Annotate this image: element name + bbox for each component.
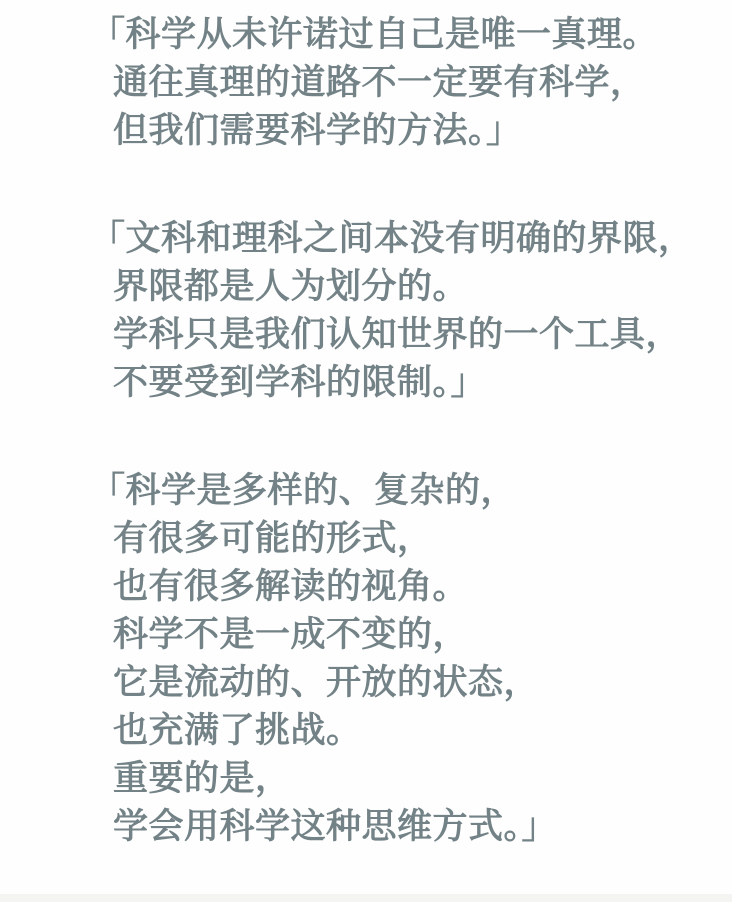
quote-line: 学会用科学这种思维方式。」 xyxy=(113,803,712,851)
quotes-page: 「科学从未许诺过自己是唯一真理。 通往真理的道路不一定要有科学， 但我们需要科学… xyxy=(0,0,732,894)
quote-block-3: 「科学是多样的、复杂的， 有很多可能的形式， 也有很多解读的视角。 科学不是一成… xyxy=(113,467,712,851)
page-bottom-edge xyxy=(0,894,732,902)
quote-line: 但我们需要科学的方法。」 xyxy=(113,107,712,155)
quote-line: 「文科和理科之间本没有明确的界限， xyxy=(113,215,712,263)
quote-line: 通往真理的道路不一定要有科学， xyxy=(113,59,712,107)
quote-line: 重要的是， xyxy=(113,755,712,803)
quote-line: 「科学从未许诺过自己是唯一真理。 xyxy=(113,11,712,59)
quote-line: 不要受到学科的限制。」 xyxy=(113,359,712,407)
quote-line: 也充满了挑战。 xyxy=(113,707,712,755)
quote-line: 也有很多解读的视角。 xyxy=(113,563,712,611)
quote-block-2: 「文科和理科之间本没有明确的界限， 界限都是人为划分的。 学科只是我们认知世界的… xyxy=(113,215,712,407)
quote-line: 界限都是人为划分的。 xyxy=(113,263,712,311)
quote-line: 有很多可能的形式， xyxy=(113,515,712,563)
quote-line: 学科只是我们认知世界的一个工具， xyxy=(113,311,712,359)
quote-block-1: 「科学从未许诺过自己是唯一真理。 通往真理的道路不一定要有科学， 但我们需要科学… xyxy=(113,11,712,155)
quote-line: 科学不是一成不变的， xyxy=(113,611,712,659)
quote-line: 「科学是多样的、复杂的， xyxy=(113,467,712,515)
quote-line: 它是流动的、开放的状态， xyxy=(113,659,712,707)
